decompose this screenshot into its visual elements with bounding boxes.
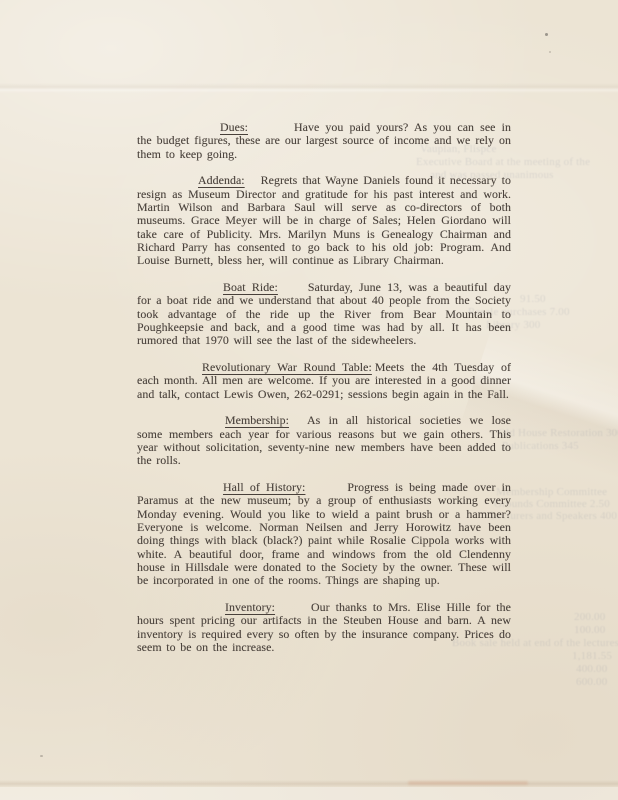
tab-gap: [245, 183, 261, 184]
tab-gap: [275, 610, 311, 611]
paper-speck: [545, 33, 548, 36]
section-body-membership: As in all historical societies we lose s…: [137, 413, 511, 467]
show-through-fragment: 100.00: [574, 624, 605, 636]
show-through-fragment: Membership Committee: [496, 486, 607, 498]
show-through-fragment: 600.00: [576, 676, 607, 688]
section-membership: Membership:As in all historical societie…: [137, 414, 511, 467]
tab-indent: [137, 490, 223, 491]
show-through-fragment: 1,181.55: [572, 650, 612, 662]
tab-gap: [248, 130, 294, 131]
show-through-fragment: 400.00: [576, 663, 607, 675]
tab-gap: [289, 423, 307, 424]
section-body-dues: Have you paid yours? As you can see in t…: [137, 120, 511, 161]
section-addenda: Addenda:Regrets that Wayne Daniels found…: [137, 174, 511, 267]
tab-indent: [137, 423, 225, 424]
show-through-fragment: 91.50: [520, 293, 546, 305]
section-body-addenda: Regrets that Wayne Daniels found it nece…: [137, 173, 511, 267]
tab-indent: [137, 130, 220, 131]
section-heading-boat-ride: Boat Ride:: [223, 280, 278, 294]
section-inventory: Inventory:Our thanks to Mrs. Elise Hille…: [137, 601, 511, 654]
tab-indent: [137, 183, 198, 184]
section-hall-of-history: Hall of History:Progress is being made o…: [137, 481, 511, 588]
section-dues: Dues:Have you paid yours? As you can see…: [137, 121, 511, 161]
show-through-fragment: Grounds Committee 2.50: [494, 498, 610, 510]
tab-indent: [137, 610, 225, 611]
section-body-inventory: Our thanks to Mrs. Elise Hille for the h…: [137, 600, 511, 654]
tab-gap: [305, 490, 347, 491]
horizontal-fold-crease: [0, 83, 618, 93]
section-revolutionary-war-round-table: Revolutionary War Round Table:Meets the …: [137, 361, 511, 401]
crease-tint-mark: [408, 781, 528, 785]
page-bottom-edge: [0, 787, 618, 800]
section-boat-ride: Boat Ride:Saturday, June 13, was a beaut…: [137, 281, 511, 348]
tab-indent: [137, 290, 223, 291]
section-heading-dues: Dues:: [220, 120, 248, 134]
typed-text-block: Dues:Have you paid yours? As you can see…: [137, 121, 511, 654]
section-heading-hall-of-history: Hall of History:: [223, 480, 305, 494]
paper-speck: [549, 51, 551, 53]
section-heading-addenda: Addenda:: [198, 173, 245, 187]
tab-indent: [137, 370, 202, 371]
section-heading-round-table: Revolutionary War Round Table:: [202, 360, 372, 374]
show-through-fragment: 200.00: [574, 611, 605, 623]
section-heading-membership: Membership:: [225, 413, 289, 427]
section-heading-inventory: Inventory:: [225, 600, 275, 614]
tab-gap: [278, 290, 308, 291]
section-body-hall-of-history: Progress is being made over in Paramus a…: [137, 480, 511, 587]
scanned-newsletter-page: Vauplan, Flispce Executive Board at the …: [0, 0, 618, 800]
paper-speck: [40, 755, 43, 757]
